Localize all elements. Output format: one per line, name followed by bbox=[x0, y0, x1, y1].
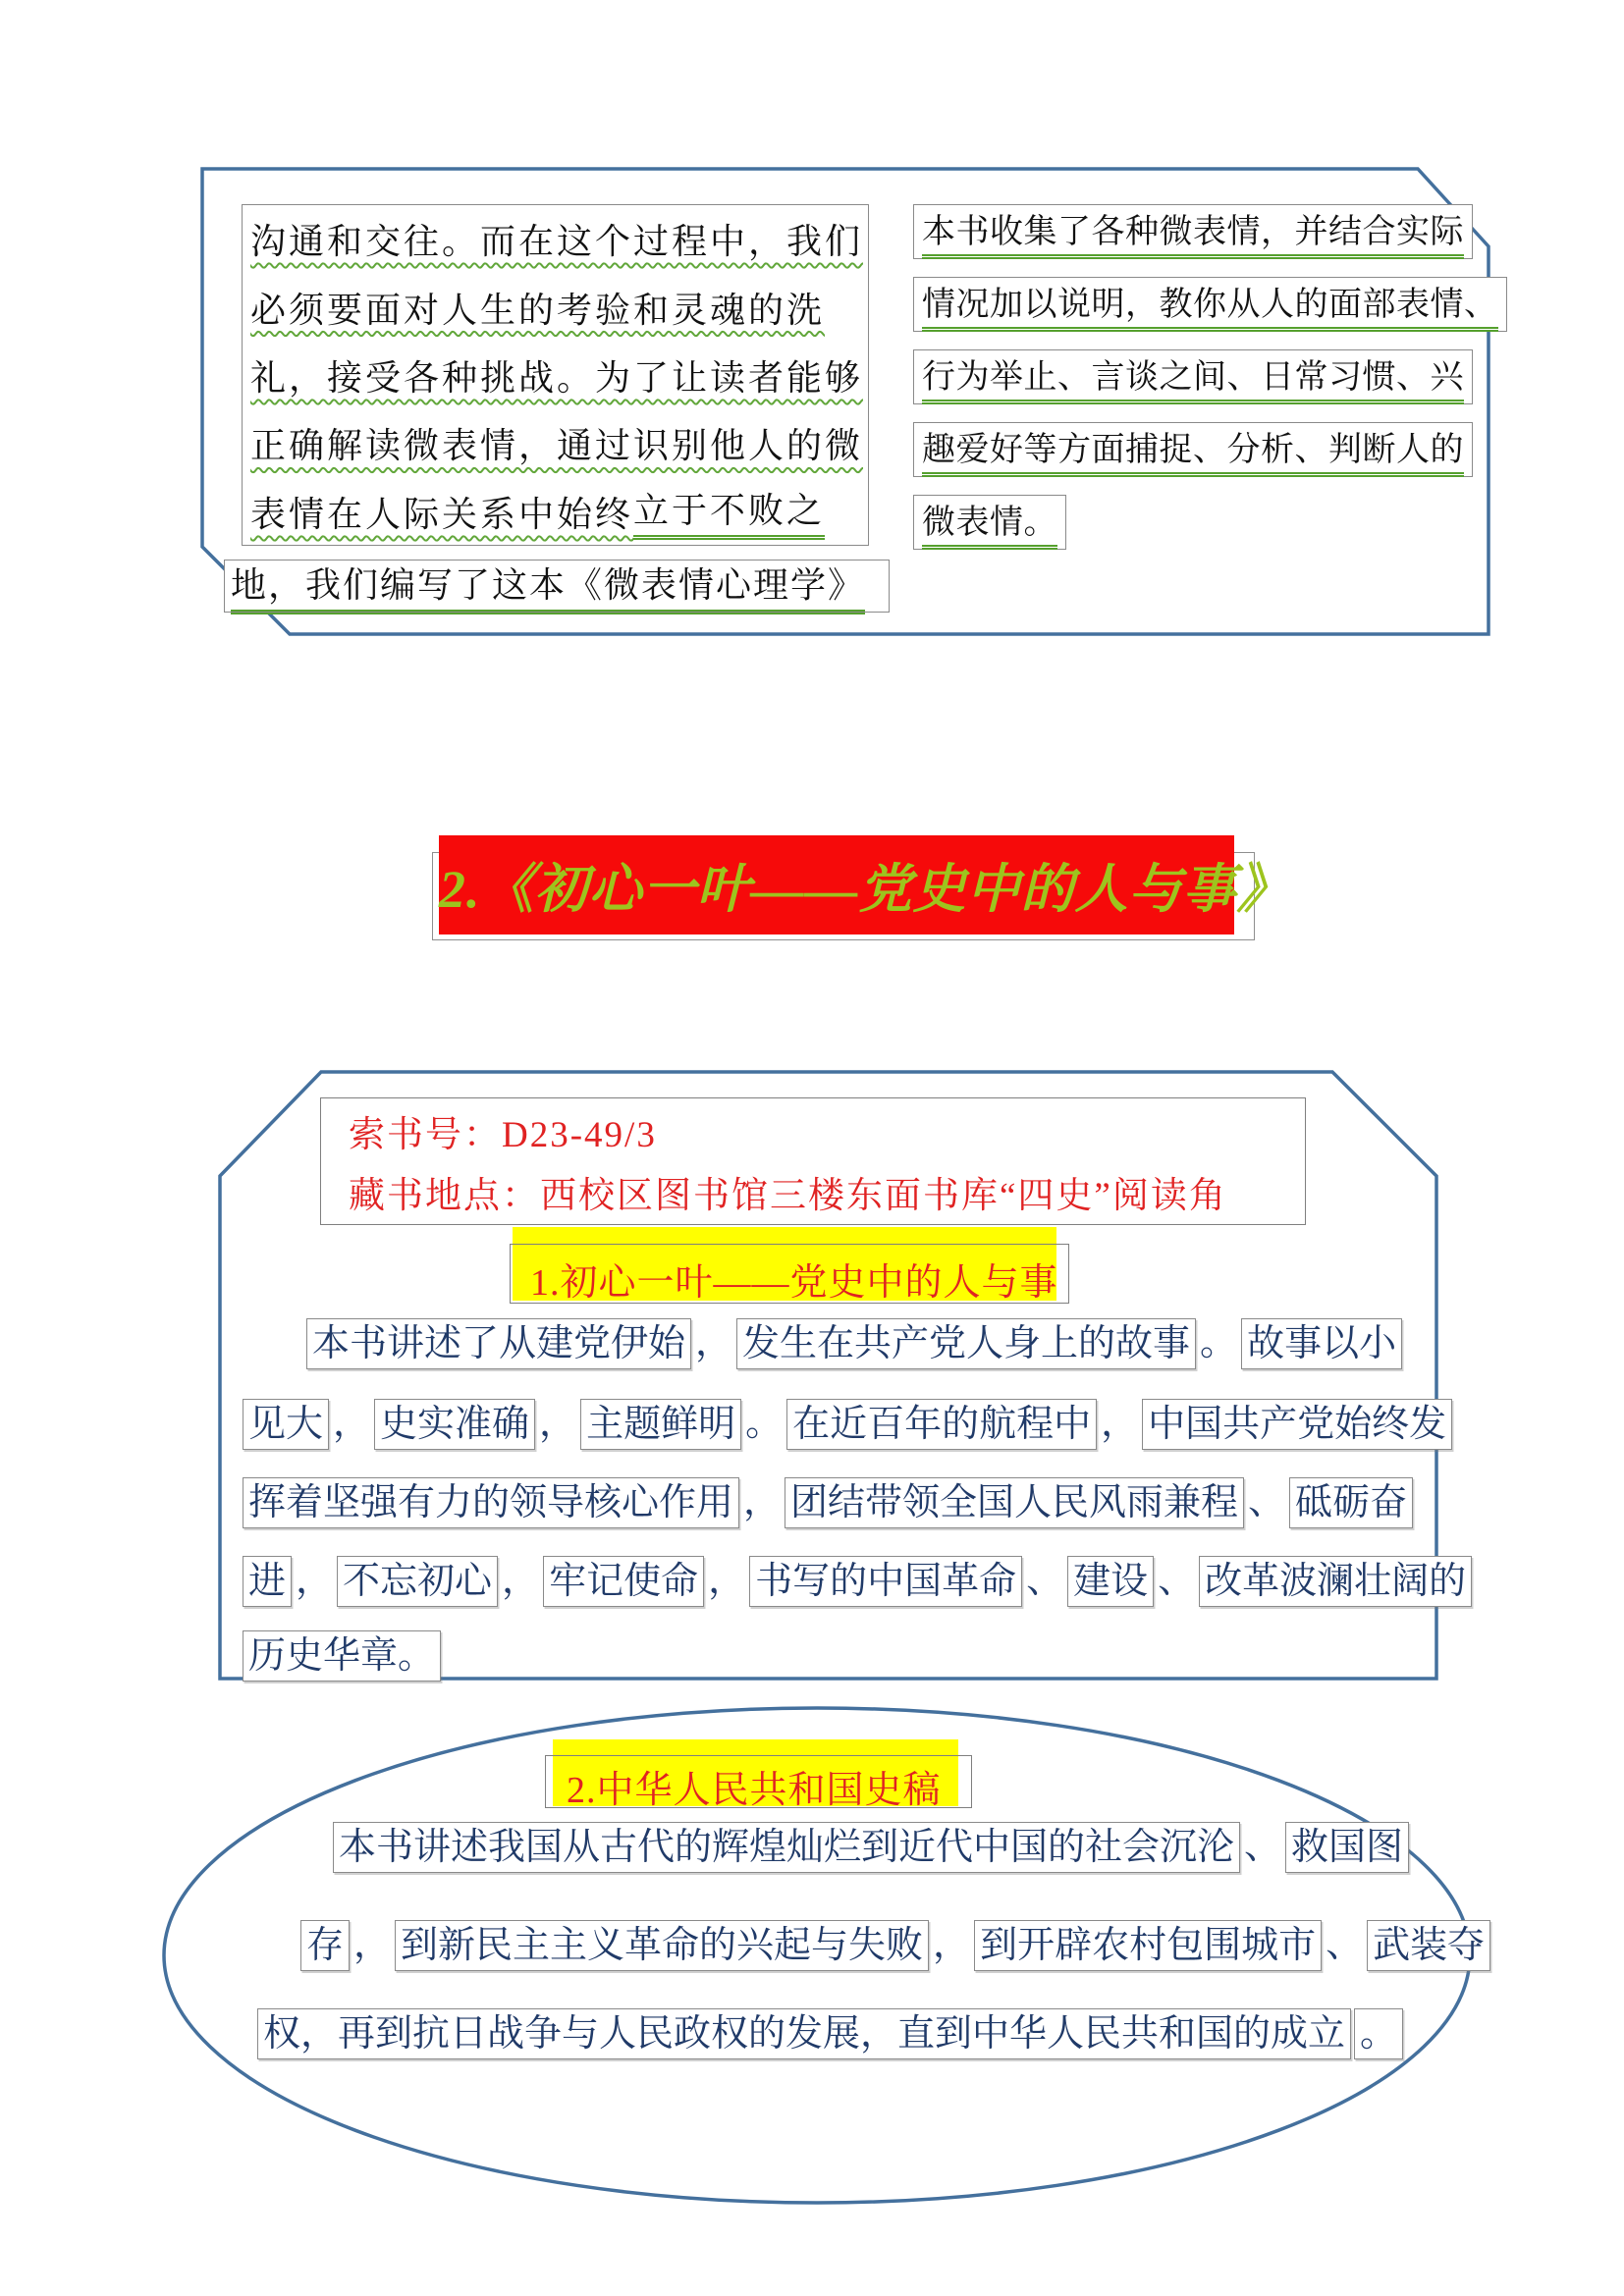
callout-right-line: 情况加以说明，教你从人的面部表情、 bbox=[922, 277, 1498, 332]
boxed-text-segment: 武装夺 bbox=[1367, 1920, 1490, 1971]
boxed-text-segment: 挥着坚强有力的领导核心作用 bbox=[243, 1477, 739, 1528]
punctuation: ， bbox=[1100, 1399, 1139, 1450]
callout-right-line-box: 行为举止、言谈之间、日常习惯、兴 bbox=[913, 349, 1473, 404]
punctuation: 、 bbox=[1157, 1556, 1196, 1607]
boxed-text-segment: 在近百年的航程中 bbox=[786, 1399, 1097, 1450]
boxed-text-segment: 主题鲜明 bbox=[580, 1399, 741, 1450]
callout-left-line: 必须要面对人生的考验和灵魂的洗 bbox=[243, 273, 868, 341]
callout-left-line: 表情在人际关系中始终立于不败之 bbox=[243, 478, 868, 546]
call-number: 索书号：D23-49/3 bbox=[349, 1100, 1305, 1161]
text-run: 必须要面对人生的考验和灵魂的洗 bbox=[250, 283, 825, 333]
punctuation: ， bbox=[295, 1556, 334, 1607]
callout-right-line-box: 趣爱好等方面捕捉、分析、判断人的 bbox=[913, 422, 1473, 477]
book1-paragraph-line: 本书讲述了从建党伊始，发生在共产党人身上的故事。故事以小 bbox=[306, 1318, 1402, 1369]
text-run: 立于不败之 bbox=[633, 483, 825, 540]
punctuation: 。 bbox=[744, 1399, 784, 1450]
book2-paragraph-line: 本书讲述我国从古代的辉煌灿烂到近代中国的社会沉沦、救国图 bbox=[333, 1822, 1409, 1873]
punctuation: ， bbox=[742, 1477, 782, 1528]
boxed-text-segment: 权，再到抗日战争与人民政权的发展，直到中华人民共和国的成立 bbox=[257, 2008, 1351, 2059]
punctuation: 、 bbox=[1247, 1477, 1286, 1528]
book2-paragraph-line: 权，再到抗日战争与人民政权的发展，直到中华人民共和国的成立。 bbox=[257, 2008, 1403, 2059]
boxed-text-segment: 史实准确 bbox=[374, 1399, 535, 1450]
callout-tail-line-box: 地，我们编写了这本《微表情心理学》 bbox=[224, 560, 890, 613]
book1-title: 1.初心一叶——党史中的人与事 bbox=[530, 1252, 1058, 1306]
boxed-text-segment: 本书讲述我国从古代的辉煌灿烂到近代中国的社会沉沦 bbox=[333, 1822, 1240, 1873]
punctuation: 、 bbox=[1025, 1556, 1064, 1607]
callout-left-column-box: 沟通和交往。而在这个过程中，我们 必须要面对人生的考验和灵魂的洗 礼，接受各种挑… bbox=[242, 204, 869, 546]
boxed-text-segment: 改革波澜壮阔的 bbox=[1199, 1556, 1472, 1607]
section-banner-title: 2.《初心一叶——党史中的人与事》 bbox=[439, 847, 1291, 923]
punctuation: ， bbox=[332, 1399, 371, 1450]
book1-paragraph-line: 见大，史实准确，主题鲜明。在近百年的航程中，中国共产党始终发 bbox=[243, 1399, 1452, 1450]
punctuation: 。 bbox=[1199, 1318, 1238, 1369]
boxed-text-segment: 。 bbox=[1354, 2008, 1403, 2059]
book1-paragraph-line: 历史华章。 bbox=[243, 1630, 441, 1682]
boxed-text-segment: 进 bbox=[243, 1556, 292, 1607]
boxed-text-segment: 到开辟农村包围城市 bbox=[974, 1920, 1322, 1971]
boxed-text-segment: 救国图 bbox=[1285, 1822, 1409, 1873]
boxed-text-segment: 历史华章。 bbox=[243, 1630, 441, 1682]
boxed-text-segment: 发生在共产党人身上的故事 bbox=[736, 1318, 1196, 1369]
callout-left-line: 礼，接受各种挑战。为了让读者能够 bbox=[243, 342, 868, 409]
book2-title: 2.中华人民共和国史稿 bbox=[567, 1759, 942, 1813]
book1-paragraph-line: 挥着坚强有力的领导核心作用，团结带领全国人民风雨兼程、砥砺奋 bbox=[243, 1477, 1413, 1528]
boxed-text-segment: 中国共产党始终发 bbox=[1142, 1399, 1452, 1450]
callout-left-line: 正确解读微表情，通过识别他人的微 bbox=[243, 409, 868, 477]
section-banner: 2.《初心一叶——党史中的人与事》 bbox=[439, 835, 1234, 934]
callout-right-line: 微表情。 bbox=[922, 495, 1057, 550]
boxed-text-segment: 建设 bbox=[1067, 1556, 1154, 1607]
punctuation: ， bbox=[694, 1318, 733, 1369]
punctuation: ， bbox=[707, 1556, 746, 1607]
punctuation: 、 bbox=[1325, 1920, 1364, 1971]
boxed-text-segment: 到新民主主义革命的兴起与失败 bbox=[395, 1920, 929, 1971]
callout-right-line: 本书收集了各种微表情，并结合实际 bbox=[922, 204, 1464, 259]
shelf-location: 藏书地点：西校区图书馆三楼东面书库“四史”阅读角 bbox=[349, 1161, 1305, 1222]
boxed-text-segment: 见大 bbox=[243, 1399, 329, 1450]
book1-paragraph-line: 进，不忘初心，牢记使命，书写的中国革命、建设、改革波澜壮阔的 bbox=[243, 1556, 1472, 1607]
boxed-text-segment: 团结带领全国人民风雨兼程 bbox=[785, 1477, 1244, 1528]
boxed-text-segment: 牢记使命 bbox=[543, 1556, 704, 1607]
callout-right-line: 趣爱好等方面捕捉、分析、判断人的 bbox=[922, 422, 1464, 477]
boxed-text-segment: 本书讲述了从建党伊始 bbox=[306, 1318, 691, 1369]
punctuation: ， bbox=[352, 1920, 392, 1971]
book2-paragraph-line: 存，到新民主主义革命的兴起与失败，到开辟农村包围城市、武装夺 bbox=[300, 1920, 1490, 1971]
boxed-text-segment: 故事以小 bbox=[1241, 1318, 1402, 1369]
punctuation: ， bbox=[501, 1556, 540, 1607]
callout-right-line-box: 本书收集了各种微表情，并结合实际 bbox=[913, 204, 1473, 259]
punctuation: ， bbox=[538, 1399, 577, 1450]
document-page: 沟通和交往。而在这个过程中，我们 必须要面对人生的考验和灵魂的洗 礼，接受各种挑… bbox=[0, 0, 1624, 2296]
callout-right-line-box: 微表情。 bbox=[913, 495, 1066, 550]
text-run: 地，我们编写了这本《微表情心理学》 bbox=[231, 558, 865, 614]
text-run: 礼，接受各种挑战。为了让读者能够 bbox=[250, 350, 863, 400]
text-run: 表情在人际关系中始终 bbox=[250, 487, 633, 537]
boxed-text-segment: 砥砺奋 bbox=[1289, 1477, 1413, 1528]
boxed-text-segment: 存 bbox=[300, 1920, 350, 1971]
punctuation: 、 bbox=[1243, 1822, 1282, 1873]
callout-right-line-box: 情况加以说明，教你从人的面部表情、 bbox=[913, 277, 1507, 332]
text-run: 正确解读微表情，通过识别他人的微 bbox=[250, 418, 863, 468]
call-number-box: 索书号：D23-49/3 藏书地点：西校区图书馆三楼东面书库“四史”阅读角 bbox=[320, 1097, 1306, 1225]
text-run: 沟通和交往。而在这个过程中，我们 bbox=[250, 214, 863, 264]
punctuation: ， bbox=[932, 1920, 971, 1971]
boxed-text-segment: 书写的中国革命 bbox=[749, 1556, 1022, 1607]
callout-left-line: 沟通和交往。而在这个过程中，我们 bbox=[243, 205, 868, 273]
boxed-text-segment: 不忘初心 bbox=[337, 1556, 498, 1607]
callout-right-line: 行为举止、言谈之间、日常习惯、兴 bbox=[922, 349, 1464, 404]
